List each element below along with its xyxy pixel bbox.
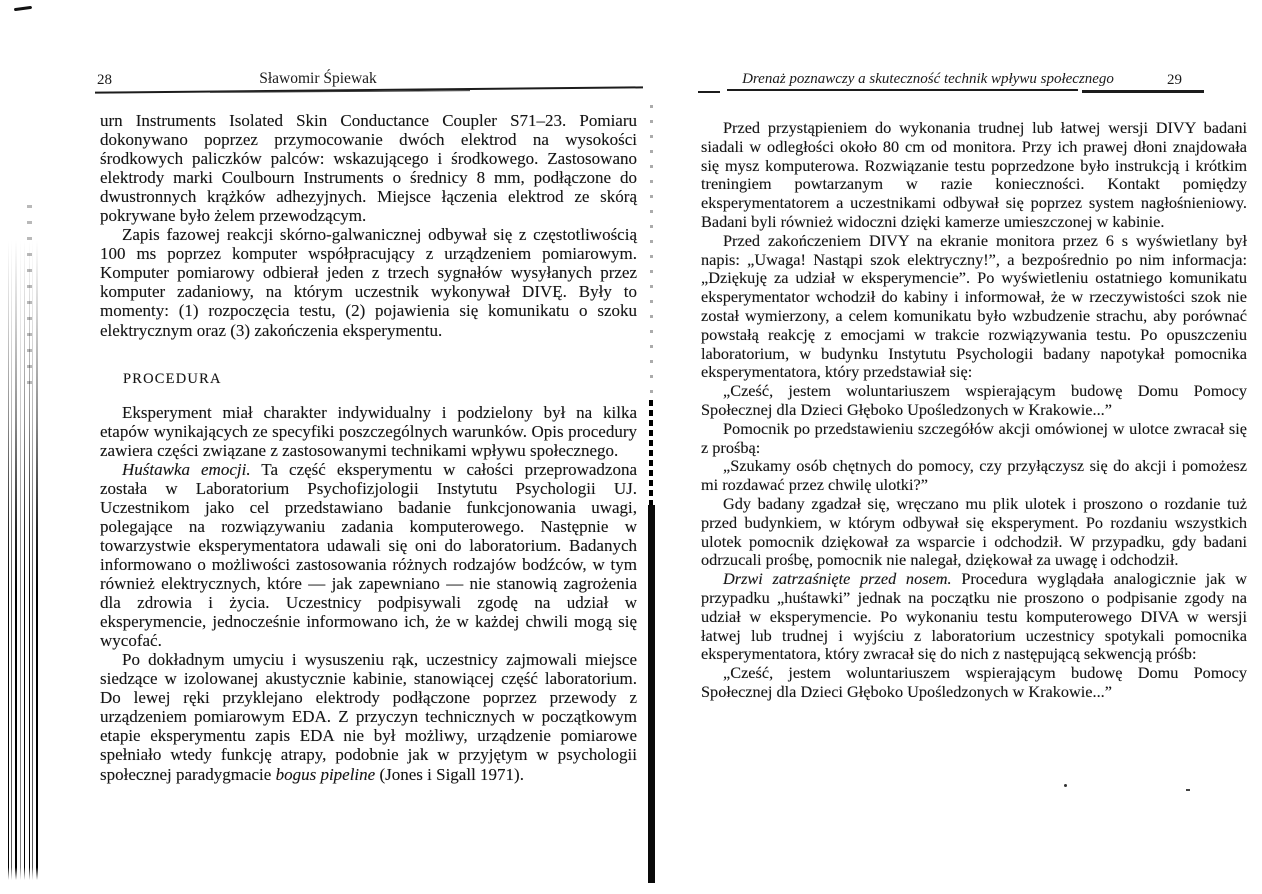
- text-segment: (Jones i Sigall 1971).: [375, 765, 524, 784]
- paragraph: Przed przystąpieniem do wykonania trudne…: [701, 119, 1247, 232]
- text-segment: „Cześć, jestem woluntariuszem wspierając…: [701, 663, 1247, 701]
- paragraph: Eksperyment miał charakter indywidualny …: [100, 403, 637, 460]
- running-head-right: Drenaż poznawczy a skuteczność technik w…: [742, 71, 1114, 88]
- scan-artifact-gutter-bar: [648, 505, 655, 883]
- text-segment: urn Instruments Isolated Skin Conductanc…: [100, 111, 637, 225]
- paragraph: „Cześć, jestem woluntariuszem wspierając…: [701, 664, 1247, 702]
- text-segment: Po dokładnym umyciu i wysuszeniu rąk, uc…: [100, 650, 637, 783]
- text-segment: Przed zakończeniem DIVY na ekranie monit…: [701, 231, 1247, 382]
- left-page-body: urn Instruments Isolated Skin Conductanc…: [100, 111, 637, 784]
- text-segment: Przed przystąpieniem do wykonania trudne…: [701, 118, 1247, 231]
- page-number-right: 29: [1167, 72, 1182, 89]
- header-rule-right: [727, 89, 1078, 91]
- text-segment: „Szukamy osób chętnych do pomocy, czy pr…: [701, 456, 1247, 494]
- scan-artifact-speck: [1186, 789, 1190, 791]
- paragraph: „Cześć, jestem woluntariuszem wspierając…: [701, 382, 1247, 420]
- scan-artifact-gutter-dots: [650, 105, 653, 405]
- text-segment: Zapis fazowej reakcji skórno-galwaniczne…: [100, 225, 637, 339]
- paragraph: Gdy badany zgadzał się, wręczano mu plik…: [701, 495, 1247, 570]
- italic-text-segment: Drzwi zatrzaśnięte przed nosem.: [723, 569, 952, 588]
- text-segment: Ta część eksperymentu w całości przeprow…: [100, 460, 637, 650]
- header-rule-right-bold: [1082, 90, 1204, 93]
- paragraph: Huśtawka emocji. Ta część eksperymentu w…: [100, 460, 637, 650]
- text-segment: „Cześć, jestem woluntariuszem wspierając…: [701, 381, 1247, 419]
- scan-artifact-speck: [1064, 784, 1067, 787]
- paragraph: Zapis fazowej reakcji skórno-galwaniczne…: [100, 225, 637, 339]
- page-number-left: 28: [97, 72, 112, 89]
- italic-text-segment: bogus pipeline: [276, 765, 376, 784]
- paragraph: Przed zakończeniem DIVY na ekranie monit…: [701, 232, 1247, 382]
- paragraph: Pomocnik po przedstawieniu szczegółów ak…: [701, 420, 1247, 458]
- scan-artifact-corner-dash: [14, 6, 32, 11]
- running-head-left: Sławomir Śpiewak: [259, 70, 377, 88]
- paragraph: Drzwi zatrzaśnięte przed nosem. Procedur…: [701, 570, 1247, 664]
- scan-artifact-gutter-dashes: [649, 400, 653, 508]
- text-segment: Pomocnik po przedstawieniu szczegółów ak…: [701, 419, 1247, 457]
- scanned-spread: 28 Sławomir Śpiewak urn Instruments Isol…: [0, 0, 1262, 894]
- paragraph: Po dokładnym umyciu i wysuszeniu rąk, uc…: [100, 650, 637, 783]
- text-segment: Eksperyment miał charakter indywidualny …: [100, 403, 637, 460]
- scan-artifact-left-streaks: [8, 240, 38, 880]
- text-segment: Gdy badany zgadzał się, wręczano mu plik…: [701, 494, 1247, 569]
- paragraph: „Szukamy osób chętnych do pomocy, czy pr…: [701, 457, 1247, 495]
- right-page-body: Przed przystąpieniem do wykonania trudne…: [701, 119, 1247, 702]
- paragraph: urn Instruments Isolated Skin Conductanc…: [100, 111, 637, 225]
- italic-text-segment: Huśtawka emocji.: [122, 460, 251, 479]
- header-rule-right-dash: [698, 91, 720, 93]
- section-heading: PROCEDURA: [123, 370, 637, 389]
